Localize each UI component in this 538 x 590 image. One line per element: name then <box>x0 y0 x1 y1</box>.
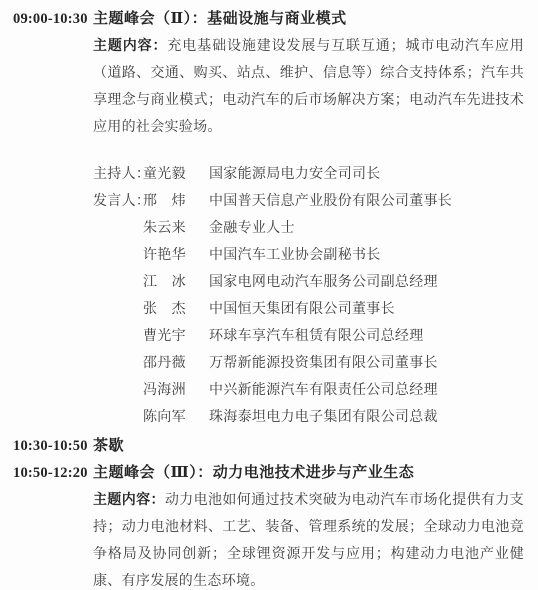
person-name: 许艳华 <box>143 242 209 269</box>
person-title: 中国恒天集团有限公司董事长 <box>209 296 524 323</box>
session-1-topic: 主题内容：充电基础设施建设发展与互联互通；城市电动汽车应用（道路、交通、购买、站… <box>93 33 524 141</box>
session-3-topic: 主题内容：动力电池如何通过技术突破为电动汽车市场化提供有力支持；动力电池材料、工… <box>93 487 524 590</box>
person-name: 江 冰 <box>143 269 209 296</box>
speaker-row: 江 冰 国家电网电动汽车服务公司副总经理 <box>93 269 524 296</box>
person-name: 曹光宇 <box>143 323 209 350</box>
speakers-label: 发言人： <box>93 188 143 215</box>
session-2-title: 茶歇 <box>93 433 524 460</box>
conference-agenda-page: 09:00-10:30 主题峰会（Ⅱ）：基础设施与商业模式 主题内容：充电基础设… <box>0 0 538 590</box>
speaker-row: 张 杰 中国恒天集团有限公司董事长 <box>93 296 524 323</box>
speaker-row: 发言人： 邢 炜 中国普天信息产业股份有限公司董事长 <box>93 188 524 215</box>
session-3-body: 主题内容：动力电池如何通过技术突破为电动汽车市场化提供有力支持；动力电池材料、工… <box>93 487 524 590</box>
person-title: 环球车享汽车租赁有限公司总经理 <box>209 323 524 350</box>
person-title: 金融专业人士 <box>209 215 524 242</box>
person-name: 邢 炜 <box>143 188 209 215</box>
session-1-body: 主题内容：充电基础设施建设发展与互联互通；城市电动汽车应用（道路、交通、购买、站… <box>93 33 524 431</box>
person-title: 国家能源局电力安全司司长 <box>209 161 524 188</box>
person-name: 朱云来 <box>143 215 209 242</box>
person-title: 国家电网电动汽车服务公司副总经理 <box>209 269 524 296</box>
speaker-row: 许艳华 中国汽车工业协会副秘书长 <box>93 242 524 269</box>
session-2-header: 10:30-10:50 茶歇 <box>13 433 524 460</box>
session-2: 10:30-10:50 茶歇 <box>13 433 524 460</box>
person-name: 张 杰 <box>143 296 209 323</box>
topic-label: 主题内容： <box>93 39 167 54</box>
person-title: 中国汽车工业协会副秘书长 <box>209 242 524 269</box>
speaker-row: 曹光宇 环球车享汽车租赁有限公司总经理 <box>93 323 524 350</box>
person-name: 冯海洲 <box>143 377 209 404</box>
host-label: 主持人： <box>93 161 143 188</box>
session-3: 10:50-12:20 主题峰会（Ⅲ）：动力电池技术进步与产业生态 主题内容：动… <box>13 460 524 590</box>
person-name: 陈向军 <box>143 404 209 431</box>
person-name: 童光毅 <box>143 161 209 188</box>
session-1: 09:00-10:30 主题峰会（Ⅱ）：基础设施与商业模式 主题内容：充电基础设… <box>13 6 524 431</box>
session-2-time: 10:30-10:50 <box>13 433 93 460</box>
person-title: 珠海泰坦电力电子集团有限公司总裁 <box>209 404 524 431</box>
person-title: 中国普天信息产业股份有限公司董事长 <box>209 188 524 215</box>
session-1-people: 主持人： 童光毅 国家能源局电力安全司司长 发言人： 邢 炜 中国普天信息产业股… <box>93 161 524 431</box>
session-1-header: 09:00-10:30 主题峰会（Ⅱ）：基础设施与商业模式 <box>13 6 524 33</box>
speaker-row: 冯海洲 中兴新能源汽车有限责任公司总经理 <box>93 377 524 404</box>
session-3-header: 10:50-12:20 主题峰会（Ⅲ）：动力电池技术进步与产业生态 <box>13 460 524 487</box>
host-row: 主持人： 童光毅 国家能源局电力安全司司长 <box>93 161 524 188</box>
person-title: 中兴新能源汽车有限责任公司总经理 <box>209 377 524 404</box>
session-1-time: 09:00-10:30 <box>13 6 93 33</box>
speaker-row: 邵丹薇 万帮新能源投资集团有限公司董事长 <box>93 350 524 377</box>
speaker-row: 朱云来 金融专业人士 <box>93 215 524 242</box>
person-name: 邵丹薇 <box>143 350 209 377</box>
topic-label: 主题内容： <box>93 493 165 508</box>
person-title: 万帮新能源投资集团有限公司董事长 <box>209 350 524 377</box>
speaker-row: 陈向军 珠海泰坦电力电子集团有限公司总裁 <box>93 404 524 431</box>
session-3-title: 主题峰会（Ⅲ）：动力电池技术进步与产业生态 <box>93 460 524 487</box>
session-3-time: 10:50-12:20 <box>13 460 93 487</box>
session-1-title: 主题峰会（Ⅱ）：基础设施与商业模式 <box>93 6 524 33</box>
